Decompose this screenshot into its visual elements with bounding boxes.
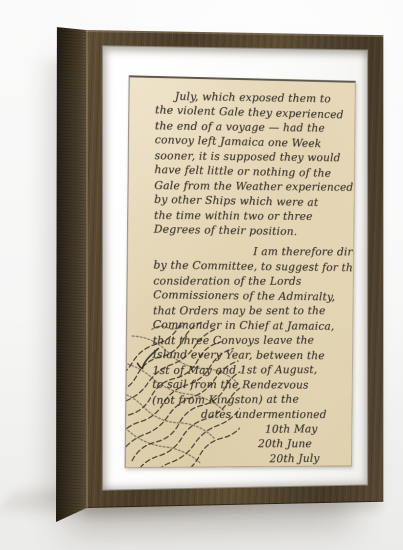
letter-dates: 10th May 20th June 20th July — [265, 421, 346, 466]
picture-frame: July, which exposed them to the violent … — [86, 30, 383, 508]
photo-background: July, which exposed them to the violent … — [0, 0, 403, 550]
letter-line: that Orders may be sent to the — [153, 303, 347, 318]
letter-paragraph-1: July, which exposed them to the violent … — [154, 88, 349, 239]
letter-line: Commissioners of the Admiralty, — [153, 287, 347, 304]
frame-left-side — [56, 21, 87, 527]
letter-line: by the Committee, to suggest for the — [153, 257, 347, 275]
letter-page: July, which exposed them to the violent … — [125, 75, 356, 468]
letter-line: Degrees of their position. — [154, 222, 348, 240]
letter-date-line: 10th May — [265, 421, 346, 437]
crosshatch-scribble-icon — [125, 322, 241, 469]
letter-line: consideration of the Lords — [153, 274, 347, 289]
letter-date-line: 20th July — [269, 451, 345, 467]
letter-date-line: 20th June — [258, 436, 346, 451]
letter-line: I am therefore directed — [154, 244, 348, 260]
mat-board: July, which exposed them to the violent … — [102, 45, 368, 490]
